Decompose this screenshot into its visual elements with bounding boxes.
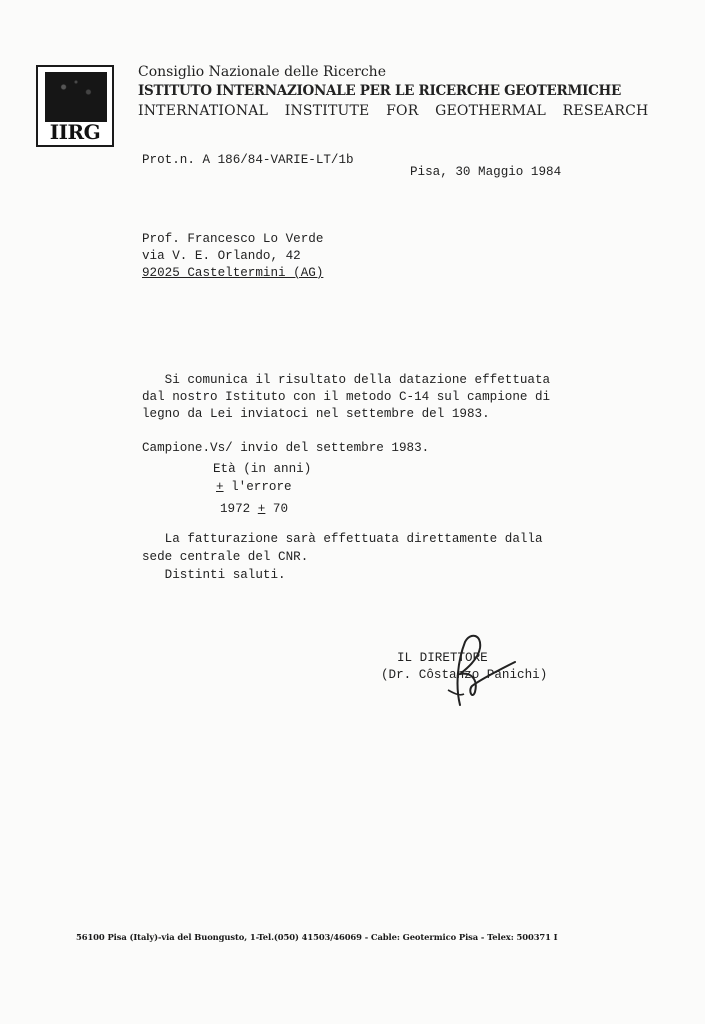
- result-value: 1972 + 70: [220, 502, 288, 516]
- sample-line: Campione.Vs/ invio del settembre 1983.: [142, 441, 429, 455]
- plus-minus-sign: +: [216, 480, 224, 494]
- body-para1-line1: Si comunica il risultato della datazione…: [142, 373, 550, 387]
- plus-minus-sign: +: [258, 502, 266, 516]
- footer-address: 56100 Pisa (Italy)-via del Buongusto, 1-…: [76, 932, 558, 942]
- protocol-reference: Prot.n. A 186/84-VARIE-LT/1b: [142, 153, 354, 167]
- age-value: 1972: [220, 502, 250, 516]
- error-value: 70: [273, 502, 288, 516]
- letterhead-institute-it: ISTITUTO INTERNAZIONALE PER LE RICERCHE …: [138, 83, 621, 99]
- recipient-city: 92025 Casteltermini (AG): [142, 266, 323, 280]
- error-label-text: l'errore: [224, 480, 292, 494]
- logo-graphic: [45, 72, 107, 122]
- result-label-error: + l'errore: [216, 480, 292, 494]
- handwritten-signature: [420, 630, 530, 710]
- result-label-age: Età (in anni): [213, 462, 311, 476]
- body-para1-line3: legno da Lei inviatoci nel settembre del…: [142, 407, 490, 421]
- letterhead-cnr: Consiglio Nazionale delle Ricerche: [138, 64, 386, 80]
- body-para1-line2: dal nostro Istituto con il metodo C-14 s…: [142, 390, 550, 404]
- recipient-street: via V. E. Orlando, 42: [142, 249, 301, 263]
- place-date: Pisa, 30 Maggio 1984: [410, 165, 561, 179]
- body-para2-line1: La fatturazione sarà effettuata direttam…: [142, 532, 543, 546]
- body-para2-line2: sede centrale del CNR.: [142, 550, 308, 564]
- logo-text: IIRG: [38, 120, 112, 144]
- letterhead-institute-en: INTERNATIONAL INSTITUTE FOR GEOTHERMAL R…: [138, 103, 648, 119]
- closing-salutation: Distinti saluti.: [142, 568, 286, 582]
- iirg-logo: IIRG: [36, 65, 114, 147]
- recipient-name: Prof. Francesco Lo Verde: [142, 232, 323, 246]
